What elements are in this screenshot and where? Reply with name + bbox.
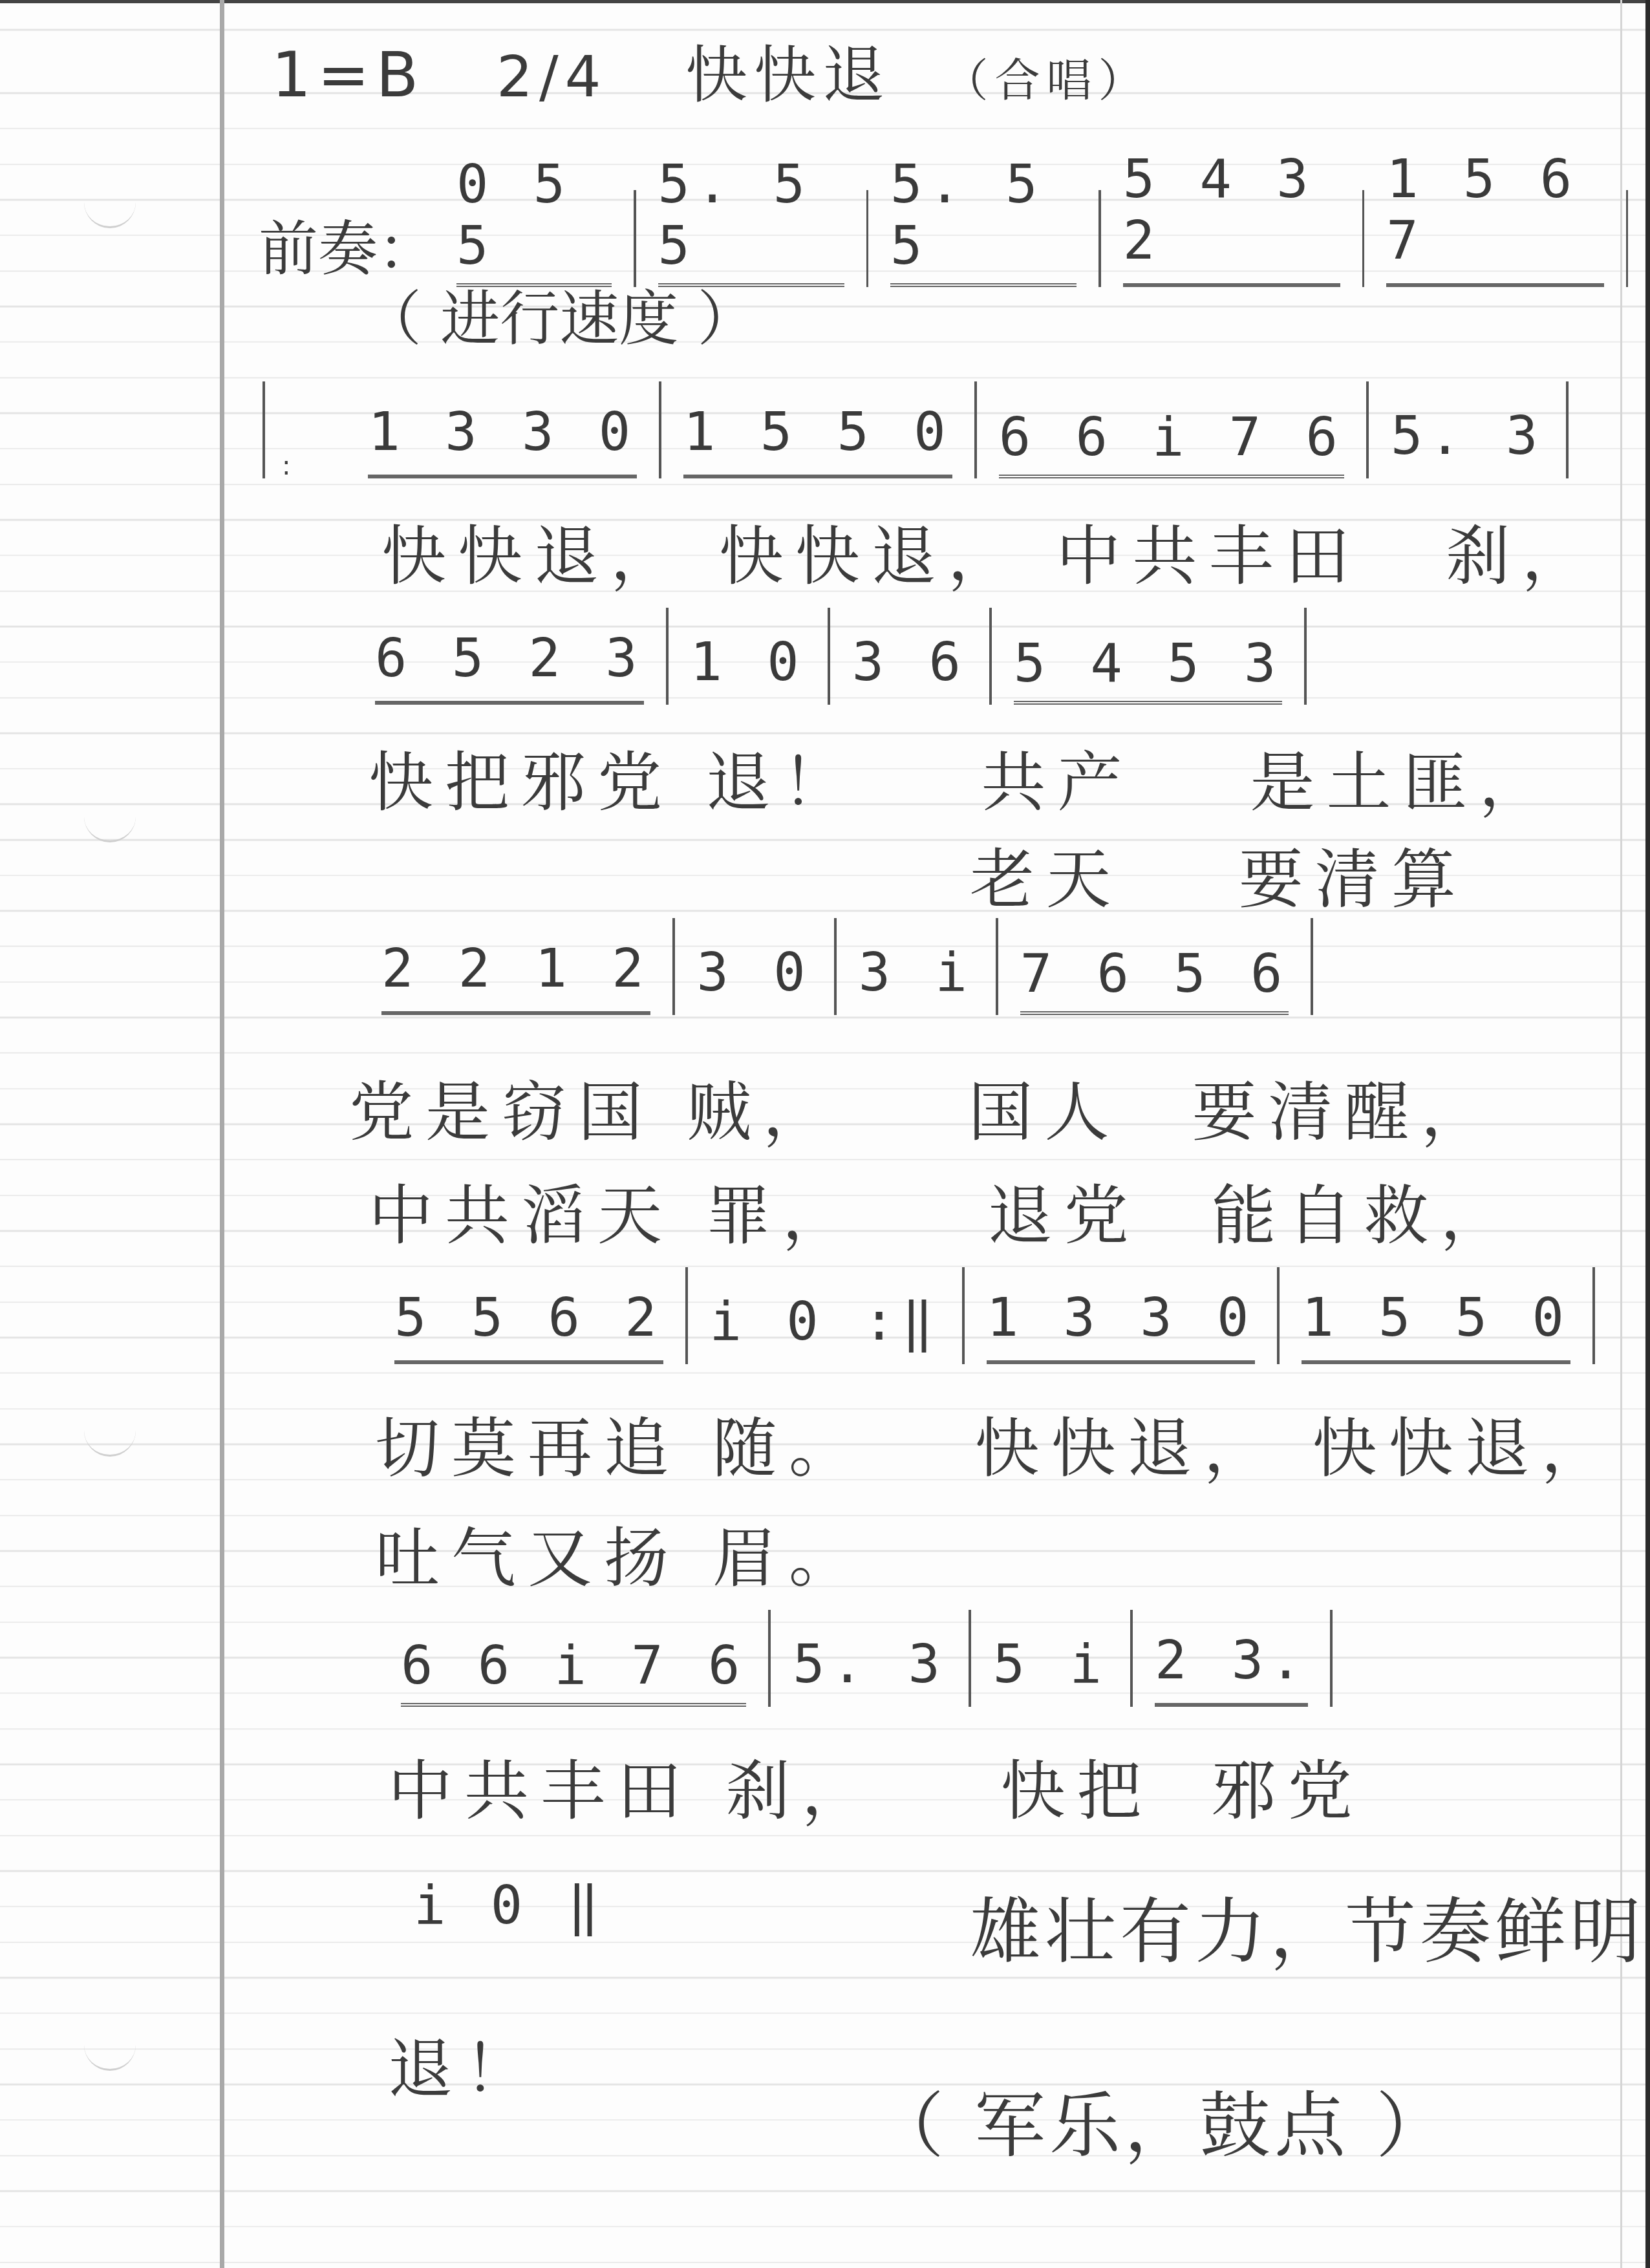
barline [989, 608, 992, 705]
measure: 6 6 i 7 6 [401, 1635, 746, 1707]
measure: 5 5 6 2 [394, 1287, 663, 1364]
measure: 5. 3 [1391, 405, 1544, 478]
measure: i 0 ‖ [414, 1875, 606, 1948]
barline [685, 1267, 688, 1364]
song-title: 快快退 [685, 39, 891, 111]
lyric: 要清算 [1239, 842, 1468, 917]
lyric: 眉。 [712, 1521, 865, 1596]
barline [969, 1610, 971, 1707]
lyric: 退！ [706, 745, 859, 820]
key-signature: 1=B [272, 39, 425, 111]
barline [828, 608, 830, 705]
lyric: 切莫再追 [375, 1411, 680, 1486]
measure: 5 i [993, 1634, 1108, 1707]
lyric: 中共滔天 [369, 1178, 674, 1254]
intro-row: 前奏： 0 5 5 5. 5 5 5. 5 5 5 4 3 2 1 5 6 7 [259, 149, 1650, 287]
lyric: 退党 [988, 1178, 1141, 1254]
lyrics-line: 切莫再追 随。 快快退， 快快退， [375, 1396, 1617, 1490]
lyric: 快快退， [975, 1411, 1280, 1486]
lyric: 贼， [687, 1075, 839, 1150]
lyrics-line: 快快退， 快快退， 中共丰田 刹， [381, 504, 1598, 597]
lyric: 要清醒， [1192, 1075, 1497, 1150]
lyric: 老天 [970, 842, 1122, 917]
measure: 2 3. [1155, 1630, 1308, 1707]
measure: 3 6 [852, 632, 967, 705]
left-margin-line [220, 0, 224, 2268]
measure: 6 5 2 3 [375, 628, 644, 705]
lyric: 快快退， [1312, 1411, 1617, 1486]
lyric: 快快退， [719, 519, 1024, 594]
measure: 3 i [859, 942, 974, 1015]
barline [1626, 190, 1628, 287]
measure: 7 6 5 6 [1020, 943, 1289, 1015]
measure: 1 0 [691, 632, 806, 705]
barline [666, 608, 669, 705]
barline [866, 190, 868, 287]
score-header: 1=B 2/4 快快退 （合唱） [272, 26, 1150, 114]
measure: 6 6 i 7 6 [999, 407, 1344, 478]
measure: 1 3 3 0 [987, 1287, 1256, 1364]
lyrics-line-verse-2: 中共滔天 罪， 退党 能自救， [369, 1164, 1516, 1257]
measure: 5 4 5 3 [1014, 633, 1283, 705]
barline [834, 918, 837, 1015]
system-1-notes: : 1 3 3 0 1 5 5 0 6 6 i 7 6 5. 3 [259, 381, 1591, 478]
lyric: 中共丰田 [388, 1753, 693, 1829]
measure: 1 5 5 0 [1302, 1287, 1570, 1364]
intro-measure: 1 5 6 7 [1386, 149, 1603, 287]
repeat-start-dots: : [282, 454, 290, 478]
lyric: 吐气又扬 [375, 1521, 680, 1596]
system-5-notes: 6 6 i 7 6 5. 3 5 i 2 3. [401, 1610, 1355, 1707]
lyric: 快把邪党 [369, 745, 674, 820]
lyrics-line: 党是窃国 贼， 国人 要清醒， [349, 1060, 1497, 1153]
measure: 5. 3 [793, 1634, 946, 1707]
lyrics-line: 快把邪党 退！ 共产 是土匪， [369, 731, 1555, 824]
barline [1130, 1610, 1133, 1707]
lyric: 随。 [712, 1411, 865, 1486]
double-barline [262, 381, 265, 478]
lyrics-line-verse-2: 老天 要清算 [970, 828, 1468, 921]
lyric: 罪， [706, 1178, 859, 1254]
measure: 3 0 [697, 942, 812, 1015]
lyric: 快把 [1001, 1753, 1153, 1829]
barline [659, 381, 661, 478]
barline [1366, 381, 1369, 478]
barline [1330, 1610, 1333, 1707]
intro-measure: 0 5 5 [456, 154, 612, 287]
lyric: 邪党 [1211, 1753, 1364, 1829]
system-4-notes: 5 5 6 2 i 0 :‖ 1 3 3 0 1 5 5 0 [394, 1267, 1617, 1364]
intro-measure: 5. 5 5 [890, 154, 1077, 287]
barline [1362, 190, 1364, 287]
instrumentation-note: （ 军乐，鼓点 ） [873, 2069, 1451, 2171]
measure: 2 2 1 2 [381, 938, 650, 1015]
barline [672, 918, 675, 1015]
lyric: 党是窃国 [349, 1075, 654, 1150]
system-2-notes: 6 5 2 3 1 0 3 6 5 4 5 3 [375, 608, 1329, 705]
intro-measure: 5. 5 5 [658, 154, 844, 287]
barline [1592, 1267, 1595, 1364]
measure: i 0 :‖ [710, 1291, 940, 1364]
measure: 1 3 3 0 [368, 401, 637, 478]
intro-measure: 5 4 3 2 [1123, 149, 1340, 287]
barline [996, 918, 998, 1015]
lyric: 刹， [1445, 519, 1598, 594]
lyric: 刹， [725, 1753, 878, 1829]
tempo-note: （ 进行速度 ） [362, 272, 757, 357]
barline [962, 1267, 965, 1364]
lyric: 国人 [969, 1075, 1121, 1150]
system-6-notes: i 0 ‖ [414, 1875, 606, 1948]
lyrics-line: 退！ [388, 2017, 541, 2110]
lyric: 能自救， [1211, 1178, 1516, 1254]
barline [974, 381, 977, 478]
measure: 1 5 5 0 [683, 401, 952, 478]
paper-top-edge [0, 0, 1650, 3]
system-3-notes: 2 2 1 2 3 0 3 i 7 6 5 6 [381, 918, 1335, 1015]
lyrics-line: 中共丰田 刹， 快把 邪党 [388, 1739, 1364, 1832]
barline [1566, 381, 1569, 478]
lyric: 是土匪， [1250, 745, 1555, 820]
song-subtitle: （合唱） [943, 54, 1150, 107]
lyric: 中共丰田 [1056, 519, 1362, 594]
lyric: 退！ [388, 2031, 541, 2107]
barline [1277, 1267, 1280, 1364]
barline [1304, 608, 1307, 705]
performance-style-note: 雄壮有力，节奏鲜明， [970, 1875, 1650, 1977]
lyrics-line-verse-2: 吐气又扬 眉。 [375, 1506, 865, 1599]
barline [1311, 918, 1313, 1015]
barline [1098, 190, 1100, 287]
barline [768, 1610, 771, 1707]
lyric: 共产 [981, 745, 1134, 820]
lyric: 快快退， [381, 519, 687, 594]
time-signature: 2/4 [497, 43, 608, 110]
